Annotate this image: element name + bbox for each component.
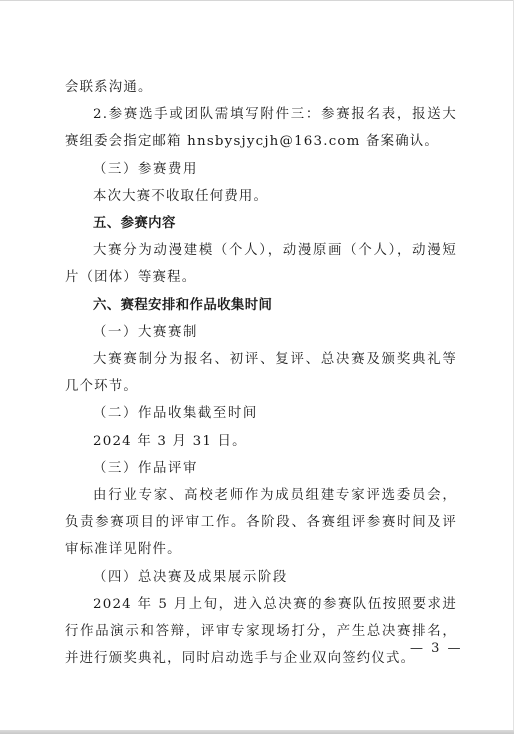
document-page: 会联系沟通。 2.参赛选手或团队需填写附件三：参赛报名表，报送大赛组委会指定邮箱… (0, 0, 513, 730)
paragraph-competition-stages: 大赛赛制分为报名、初评、复评、总决赛及颁奖典礼等几个环节。 (65, 346, 457, 400)
document-body: 会联系沟通。 2.参赛选手或团队需填写附件三：参赛报名表，报送大赛组委会指定邮箱… (65, 74, 457, 672)
paragraph-continuation: 会联系沟通。 (65, 74, 457, 101)
page-bottom-shadow (0, 730, 514, 734)
paragraph-deadline-date: 2024 年 3 月 31 日。 (65, 428, 457, 455)
subheading-entry-fee: （三）参赛费用 (65, 156, 457, 183)
paragraph-judging-committee: 由行业专家、高校老师作为成员组建专家评选委员会，负责参赛项目的评审工作。各阶段、… (65, 482, 457, 564)
heading-competition-content: 五、参赛内容 (65, 210, 457, 237)
subheading-competition-format: （一）大赛赛制 (65, 319, 457, 346)
heading-schedule: 六、赛程安排和作品收集时间 (65, 292, 457, 319)
subheading-submission-deadline: （二）作品收集截至时间 (65, 400, 457, 427)
subheading-finals: （四）总决赛及成果展示阶段 (65, 564, 457, 591)
paragraph-competition-categories: 大赛分为动漫建模（个人），动漫原画（个人），动漫短片（团体）等赛程。 (65, 237, 457, 291)
paragraph-registration-form: 2.参赛选手或团队需填写附件三：参赛报名表，报送大赛组委会指定邮箱 hnsbys… (65, 101, 457, 155)
page-number: — 3 — (410, 641, 463, 656)
paragraph-finals-details: 2024 年 5 月上旬，进入总决赛的参赛队伍按照要求进行作品演示和答辩，评审专… (65, 591, 457, 673)
page-top-border (0, 0, 514, 1)
paragraph-no-fee: 本次大赛不收取任何费用。 (65, 183, 457, 210)
subheading-judging: （三）作品评审 (65, 455, 457, 482)
